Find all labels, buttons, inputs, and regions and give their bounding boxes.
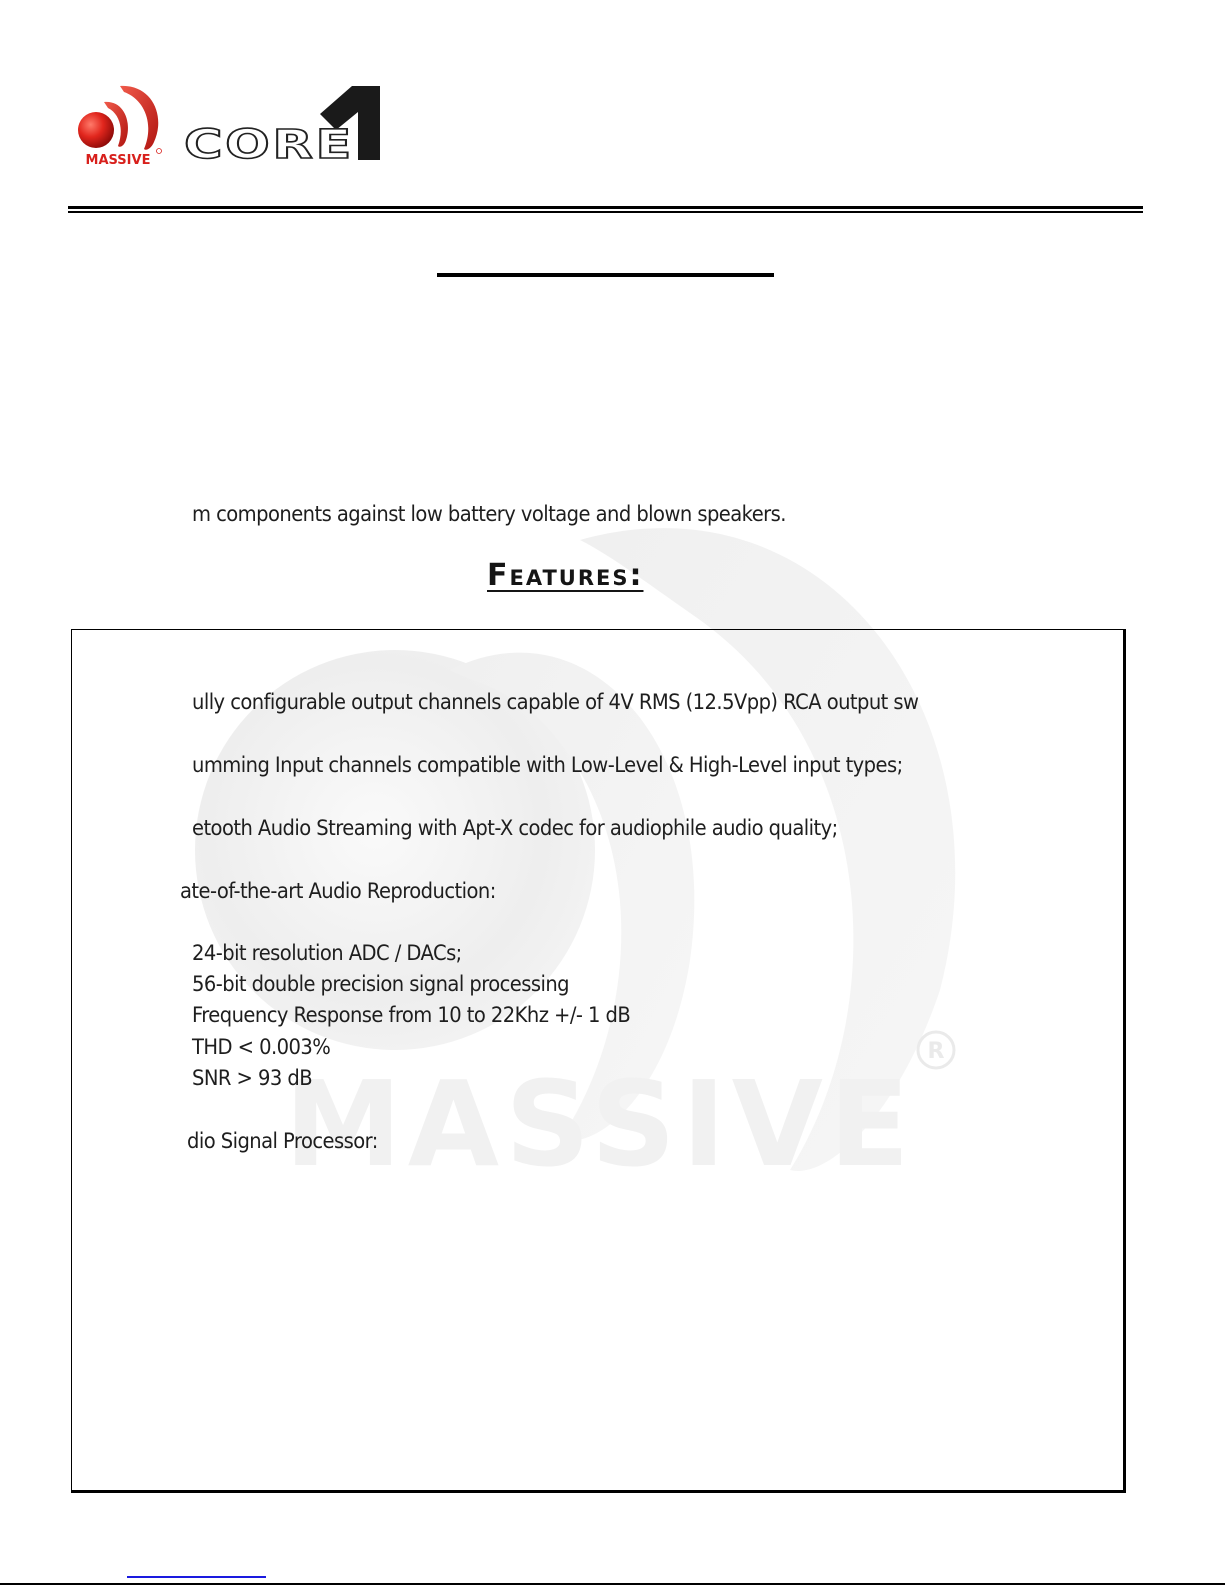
feature-sub-item: THD < 0.003%: [192, 1035, 330, 1059]
feature-sub-item: SNR > 93 dB: [192, 1066, 312, 1090]
footer-link-underline[interactable]: [127, 1576, 266, 1578]
feature-item: etooth Audio Streaming with Apt-X codec …: [192, 816, 838, 840]
core1-logo: CORE: [180, 82, 390, 164]
feature-sub-item: 24-bit resolution ADC / DACs;: [192, 941, 462, 965]
title-underline: [437, 273, 774, 277]
intro-line: m components against low battery voltage…: [192, 502, 786, 526]
svg-text:MASSIVE: MASSIVE: [86, 153, 151, 168]
features-heading: Features:: [487, 558, 643, 593]
header-rule-thin: [68, 211, 1143, 213]
feature-sub-item: Frequency Response from 10 to 22Khz +/- …: [192, 1003, 630, 1027]
feature-item: ate-of-the-art Audio Reproduction:: [180, 879, 496, 903]
header-rule-thick: [68, 206, 1143, 209]
svg-text:CORE: CORE: [184, 122, 354, 164]
feature-sub-item: 56-bit double precision signal processin…: [192, 972, 569, 996]
massive-logo: MASSIVE: [74, 82, 166, 168]
feature-item: umming Input channels compatible with Lo…: [192, 753, 903, 777]
logo-ball-icon: [78, 112, 114, 148]
dsp-label: dio Signal Processor:: [187, 1129, 378, 1153]
feature-item: ully configurable output channels capabl…: [192, 690, 918, 714]
